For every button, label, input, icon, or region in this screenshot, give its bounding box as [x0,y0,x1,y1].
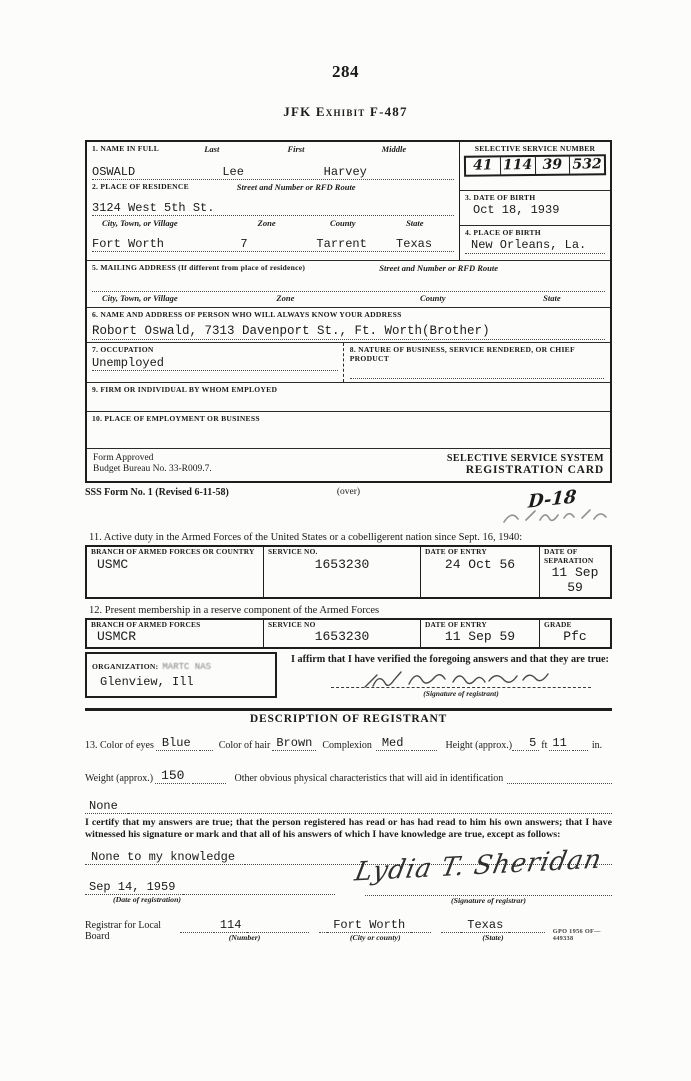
registration-signature-row: Lydia T. Sheridan Sep 14, 1959 (Date of … [85,881,612,905]
mailing-col-city: City, Town, or Village [92,293,276,303]
reserve-col1-header: BRANCH OF ARMED FORCES [91,621,259,630]
contact-value: Robort Oswald, 7313 Davenport St., Ft. W… [92,325,605,340]
occupation-row: 7. OCCUPATION Unemployed 8. NATURE OF BU… [87,342,610,382]
board-number-caption: (Number) [229,933,261,942]
col-middle: Middle [382,144,407,154]
inches-unit-label: in. [592,740,602,751]
col-city: City, Town, or Village [92,218,258,228]
mailing-address-row: 5. MAILING ADDRESS (If different from pl… [87,260,610,307]
name-last: OSWALD [92,166,222,179]
ssn-part-1: 41 [466,158,501,175]
residence-value: 3124 West 5th St. [92,202,214,215]
employer-label: 9. FIRM OR INDIVIDUAL BY WHOM EMPLOYED [92,385,605,394]
ssn-handwritten-box: 41 114 39 532 [464,155,606,177]
local-board-row: Registrar for Local Board 114 (Number) F… [85,919,612,942]
document-body: 1. NAME IN FULL Last First Middle OSWALD… [85,140,612,942]
name-first: Lee [222,166,323,179]
description-heading: DESCRIPTION OF REGISTRANT [85,713,612,725]
mailing-col-county: County [420,293,543,303]
registrar-certification-text: I certify that my answers are true; that… [85,817,612,840]
section12-heading: 12. Present membership in a reserve comp… [85,605,612,616]
active-duty-service-no: 1653230 [268,558,416,572]
weight-line: Weight (approx.) 150 Other obvious physi… [85,769,612,784]
reserve-membership-table: BRANCH OF ARMED FORCES USMCR SERVICE NO … [85,618,612,649]
exhibit-title: JFK Exhibit F-487 [0,104,691,120]
organization-smudged-text: MARTC NAS [162,662,211,672]
business-nature-blank [350,366,604,379]
signature-underline [331,687,591,688]
employment-place-row: 10. PLACE OF EMPLOYMENT OR BUSINESS [87,411,610,448]
hair-value: Brown [272,737,316,751]
residence-row: 2. PLACE OF RESIDENCE Street and Number … [87,180,459,216]
local-board-label: Registrar for Local Board [85,920,174,942]
zone-value: 7 [240,238,316,251]
board-city-value: Fort Worth [327,919,411,933]
employer-row: 9. FIRM OR INDIVIDUAL BY WHOM EMPLOYED [87,382,610,411]
gpo-print-code: GPO 1956 OF—449338 [553,928,612,942]
ssn-part-3: 39 [535,157,570,174]
organization-affirm-block: ORGANIZATION: MARTC NAS Glenview, Ill I … [85,652,612,698]
mailing-blank-line [92,275,605,292]
organization-box: ORGANIZATION: MARTC NAS Glenview, Ill [85,652,277,698]
height-feet: 5 [526,737,539,751]
name-middle: Harvey [324,166,367,179]
eyes-label: 13. Color of eyes [85,740,154,751]
registration-card-title: REGISTRATION CARD [447,464,604,476]
height-label: Height (approx.) [445,740,512,751]
business-nature-label: 8. NATURE OF BUSINESS, SERVICE RENDERED,… [350,345,604,364]
col-state: State [406,218,423,228]
eyes-value: Blue [156,737,197,751]
description-divider [85,708,612,711]
ssn-label: SELECTIVE SERVICE NUMBER [464,144,606,153]
height-inches: 11 [549,737,569,751]
active-duty-branch: USMC [91,558,259,572]
residence-sub: Street and Number or RFD Route [237,182,356,192]
board-state-value: Texas [461,919,509,933]
col-zone: Zone [258,218,330,228]
active-duty-col2-header: SERVICE NO. [268,548,416,557]
city-value: Fort Worth [92,238,240,251]
birthplace-value: New Orleans, La. [465,239,605,253]
registration-date: Sep 14, 1959 [85,881,183,895]
name-label: 1. NAME IN FULL [92,144,204,154]
mailing-col-state: State [543,293,560,303]
card-footer: Form Approved Budget Bureau No. 33-R009.… [87,448,610,482]
place-of-birth-box: 4. PLACE OF BIRTH New Orleans, La. [460,226,610,260]
occupation-value: Unemployed [92,357,338,371]
county-value: Tarrent [316,238,396,251]
residence-label: 2. PLACE OF RESIDENCE [92,182,237,192]
weight-value: 150 [155,769,190,784]
feet-unit-label: ft [541,740,547,751]
organization-value: Glenview, Ill [92,676,270,689]
dob-label: 3. DATE OF BIRTH [465,193,605,202]
mailing-col-zone: Zone [276,293,420,303]
description-line-13: 13. Color of eyes Blue Color of hair Bro… [85,737,612,751]
form-approved-line2: Budget Bureau No. 33-R009.7. [93,464,212,476]
birthplace-label: 4. PLACE OF BIRTH [465,228,605,237]
reserve-col2-header: SERVICE NO [268,621,416,630]
registrar-signature-caption: (Signature of registrar) [365,896,612,905]
dob-value: Oct 18, 1939 [465,204,605,217]
faint-handwriting-scribble [502,506,612,528]
board-number-value: 114 [214,919,248,933]
reserve-col4-header: GRADE [544,621,606,630]
section11-heading: 11. Active duty in the Armed Forces of t… [85,532,612,543]
other-characteristics-value-line: None [85,800,612,814]
reserve-service-no: 1653230 [268,630,416,644]
organization-label: ORGANIZATION: [92,662,158,671]
other-characteristics-value: None [85,800,128,814]
registration-card: 1. NAME IN FULL Last First Middle OSWALD… [85,140,612,483]
employment-place-label: 10. PLACE OF EMPLOYMENT OR BUSINESS [92,414,605,423]
reserve-grade: Pfc [544,630,606,644]
active-duty-entry-date: 24 Oct 56 [425,558,535,572]
selective-service-number-box: SELECTIVE SERVICE NUMBER 41 114 39 532 [460,142,610,191]
state-value: Texas [396,238,432,251]
registrant-signature-caption: (Signature of registrant) [423,689,498,698]
active-duty-separation-date: 11 Sep 59 [544,566,606,595]
board-city-caption: (City or county) [350,933,401,942]
contact-label: 6. NAME AND ADDRESS OF PERSON WHO WILL A… [92,310,605,319]
reserve-entry-date: 11 Sep 59 [425,630,535,644]
city-row: City, Town, or Village Zone County State… [87,216,459,252]
complexion-label: Complexion [322,740,371,751]
other-characteristics-label: Other obvious physical characteristics t… [234,773,503,784]
name-row: 1. NAME IN FULL Last First Middle OSWALD… [87,142,459,180]
col-county: County [330,218,406,228]
occupation-label: 7. OCCUPATION [92,345,338,354]
hair-label: Color of hair [219,740,271,751]
board-state-caption: (State) [482,933,503,942]
complexion-value: Med [376,737,410,751]
col-last: Last [204,144,287,154]
contact-row: 6. NAME AND ADDRESS OF PERSON WHO WILL A… [87,307,610,341]
mailing-label: 5. MAILING ADDRESS (If different from pl… [92,263,379,273]
selective-service-system-title: SELECTIVE SERVICE SYSTEM [447,453,604,464]
form-number-line: SSS Form No. 1 (Revised 6-11-58) (over) … [85,487,612,498]
active-duty-table: BRANCH OF ARMED FORCES OR COUNTRY USMC S… [85,545,612,599]
date-of-birth-box: 3. DATE OF BIRTH Oct 18, 1939 [460,191,610,226]
active-duty-col4-header: DATE OF SEPARATION [544,548,606,565]
reserve-col3-header: DATE OF ENTRY [425,621,535,630]
page-number: 284 [0,62,691,82]
form-approved-line1: Form Approved [93,453,212,465]
col-first: First [287,144,381,154]
registration-date-caption: (Date of registration) [85,895,335,904]
active-duty-col1-header: BRANCH OF ARMED FORCES OR COUNTRY [91,548,259,557]
exceptions-value: None to my knowledge [85,851,245,865]
weight-label: Weight (approx.) [85,773,153,784]
affirm-statement: I affirm that I have verified the forego… [291,654,612,665]
active-duty-col3-header: DATE OF ENTRY [425,548,535,557]
mailing-sub: Street and Number or RFD Route [379,263,498,273]
scanned-document-page: 284 JFK Exhibit F-487 1. NAME IN FULL La… [0,0,691,1081]
ssn-part-4: 532 [570,157,604,174]
ssn-part-2: 114 [501,157,536,174]
reserve-branch: USMCR [91,630,259,644]
